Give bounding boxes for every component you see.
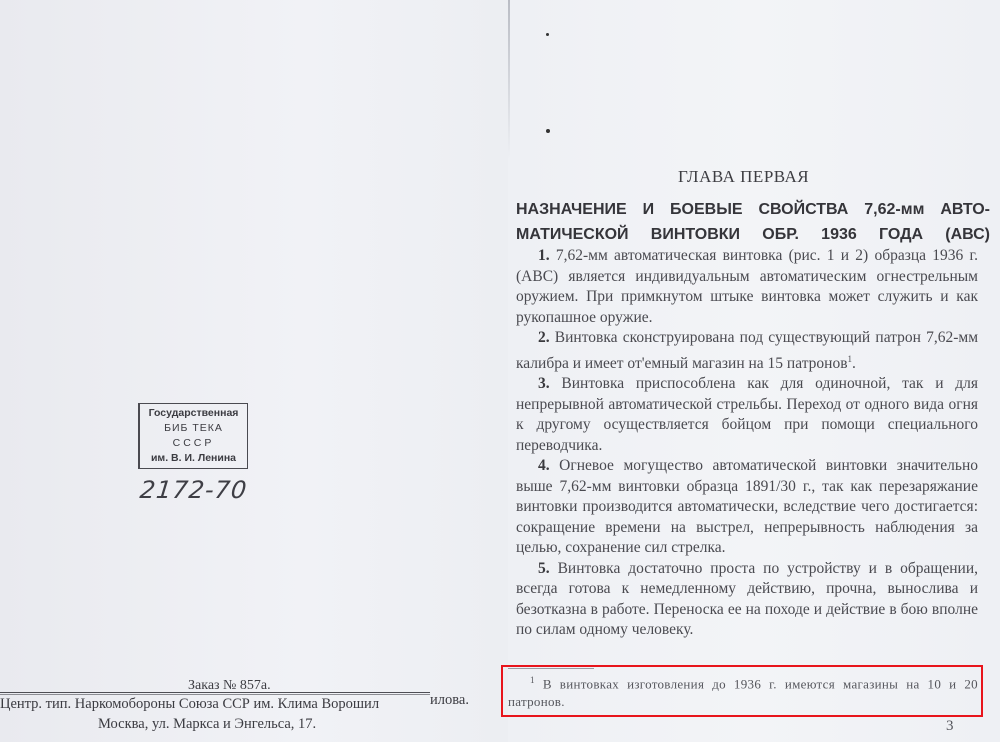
paragraph-text: Винтовка приспособлена как для одиночной… <box>516 375 978 454</box>
paragraph-4: 4. Огневое могущество автоматической вин… <box>516 456 978 559</box>
stamp-line: БИБ ТЕКА <box>140 421 247 436</box>
page-number: 3 <box>946 718 954 735</box>
paragraph-number: 2. <box>538 329 550 346</box>
section-title-line: НАЗНАЧЕНИЕ И БОЕВЫЕ СВОЙСТВА 7,62-мм АВТ… <box>516 197 990 222</box>
section-title: НАЗНАЧЕНИЕ И БОЕВЫЕ СВОЙСТВА 7,62-мм АВТ… <box>516 197 990 247</box>
chapter-body: 1. 7,62-мм автоматическая винтовка (рис.… <box>516 246 978 641</box>
page-gutter <box>508 0 510 160</box>
handwritten-inventory-number: 2172-70 <box>139 476 249 504</box>
imprint-divider <box>0 692 430 693</box>
section-title-line: МАТИЧЕСКОЙ ВИНТОВКИ ОБР. 1936 ГОДА (АВС) <box>516 222 990 247</box>
chapter-heading: ГЛАВА ПЕРВАЯ <box>678 167 809 187</box>
paragraph-number: 1. <box>538 247 550 264</box>
ink-speck <box>546 129 550 133</box>
paragraph-text: Винтовка достаточно проста по устройству… <box>516 560 978 639</box>
paragraph-text: Винтовка сконструирована под существующи… <box>516 329 978 372</box>
left-page <box>0 0 508 742</box>
paragraph-5: 5. Винтовка достаточно проста по устройс… <box>516 559 978 641</box>
paragraph-2: 2. Винтовка сконструирована под существу… <box>516 328 978 374</box>
printer-address-line: Москва, ул. Маркса и Энгельса, 17. <box>98 716 316 733</box>
printer-imprint-line: Центр. тип. Наркомобороны Союза ССР им. … <box>0 696 379 713</box>
stamp-line: Государственная <box>140 406 247 421</box>
imprint-divider <box>0 694 430 695</box>
footnote-reference[interactable]: 1 <box>848 354 853 364</box>
library-stamp: Государственная БИБ ТЕКА СССР им. В. И. … <box>138 403 248 469</box>
ink-speck <box>546 33 549 36</box>
paragraph-1: 1. 7,62-мм автоматическая винтовка (рис.… <box>516 246 978 328</box>
paragraph-3: 3. Винтовка приспособлена как для одиноч… <box>516 374 978 456</box>
paragraph-text: 7,62-мм автоматическая винтовка (рис. 1 … <box>516 247 978 326</box>
stamp-line: им. В. И. Ленина <box>140 451 247 466</box>
paragraph-number: 3. <box>538 375 550 392</box>
paragraph-number: 5. <box>538 560 550 577</box>
paragraph-text: Огневое могущество автоматической винтов… <box>516 457 978 556</box>
printer-imprint-tail: илова. <box>430 692 469 709</box>
paragraph-number: 4. <box>538 457 550 474</box>
footnote-highlight-box <box>501 665 983 717</box>
stamp-line: СССР <box>140 436 247 451</box>
